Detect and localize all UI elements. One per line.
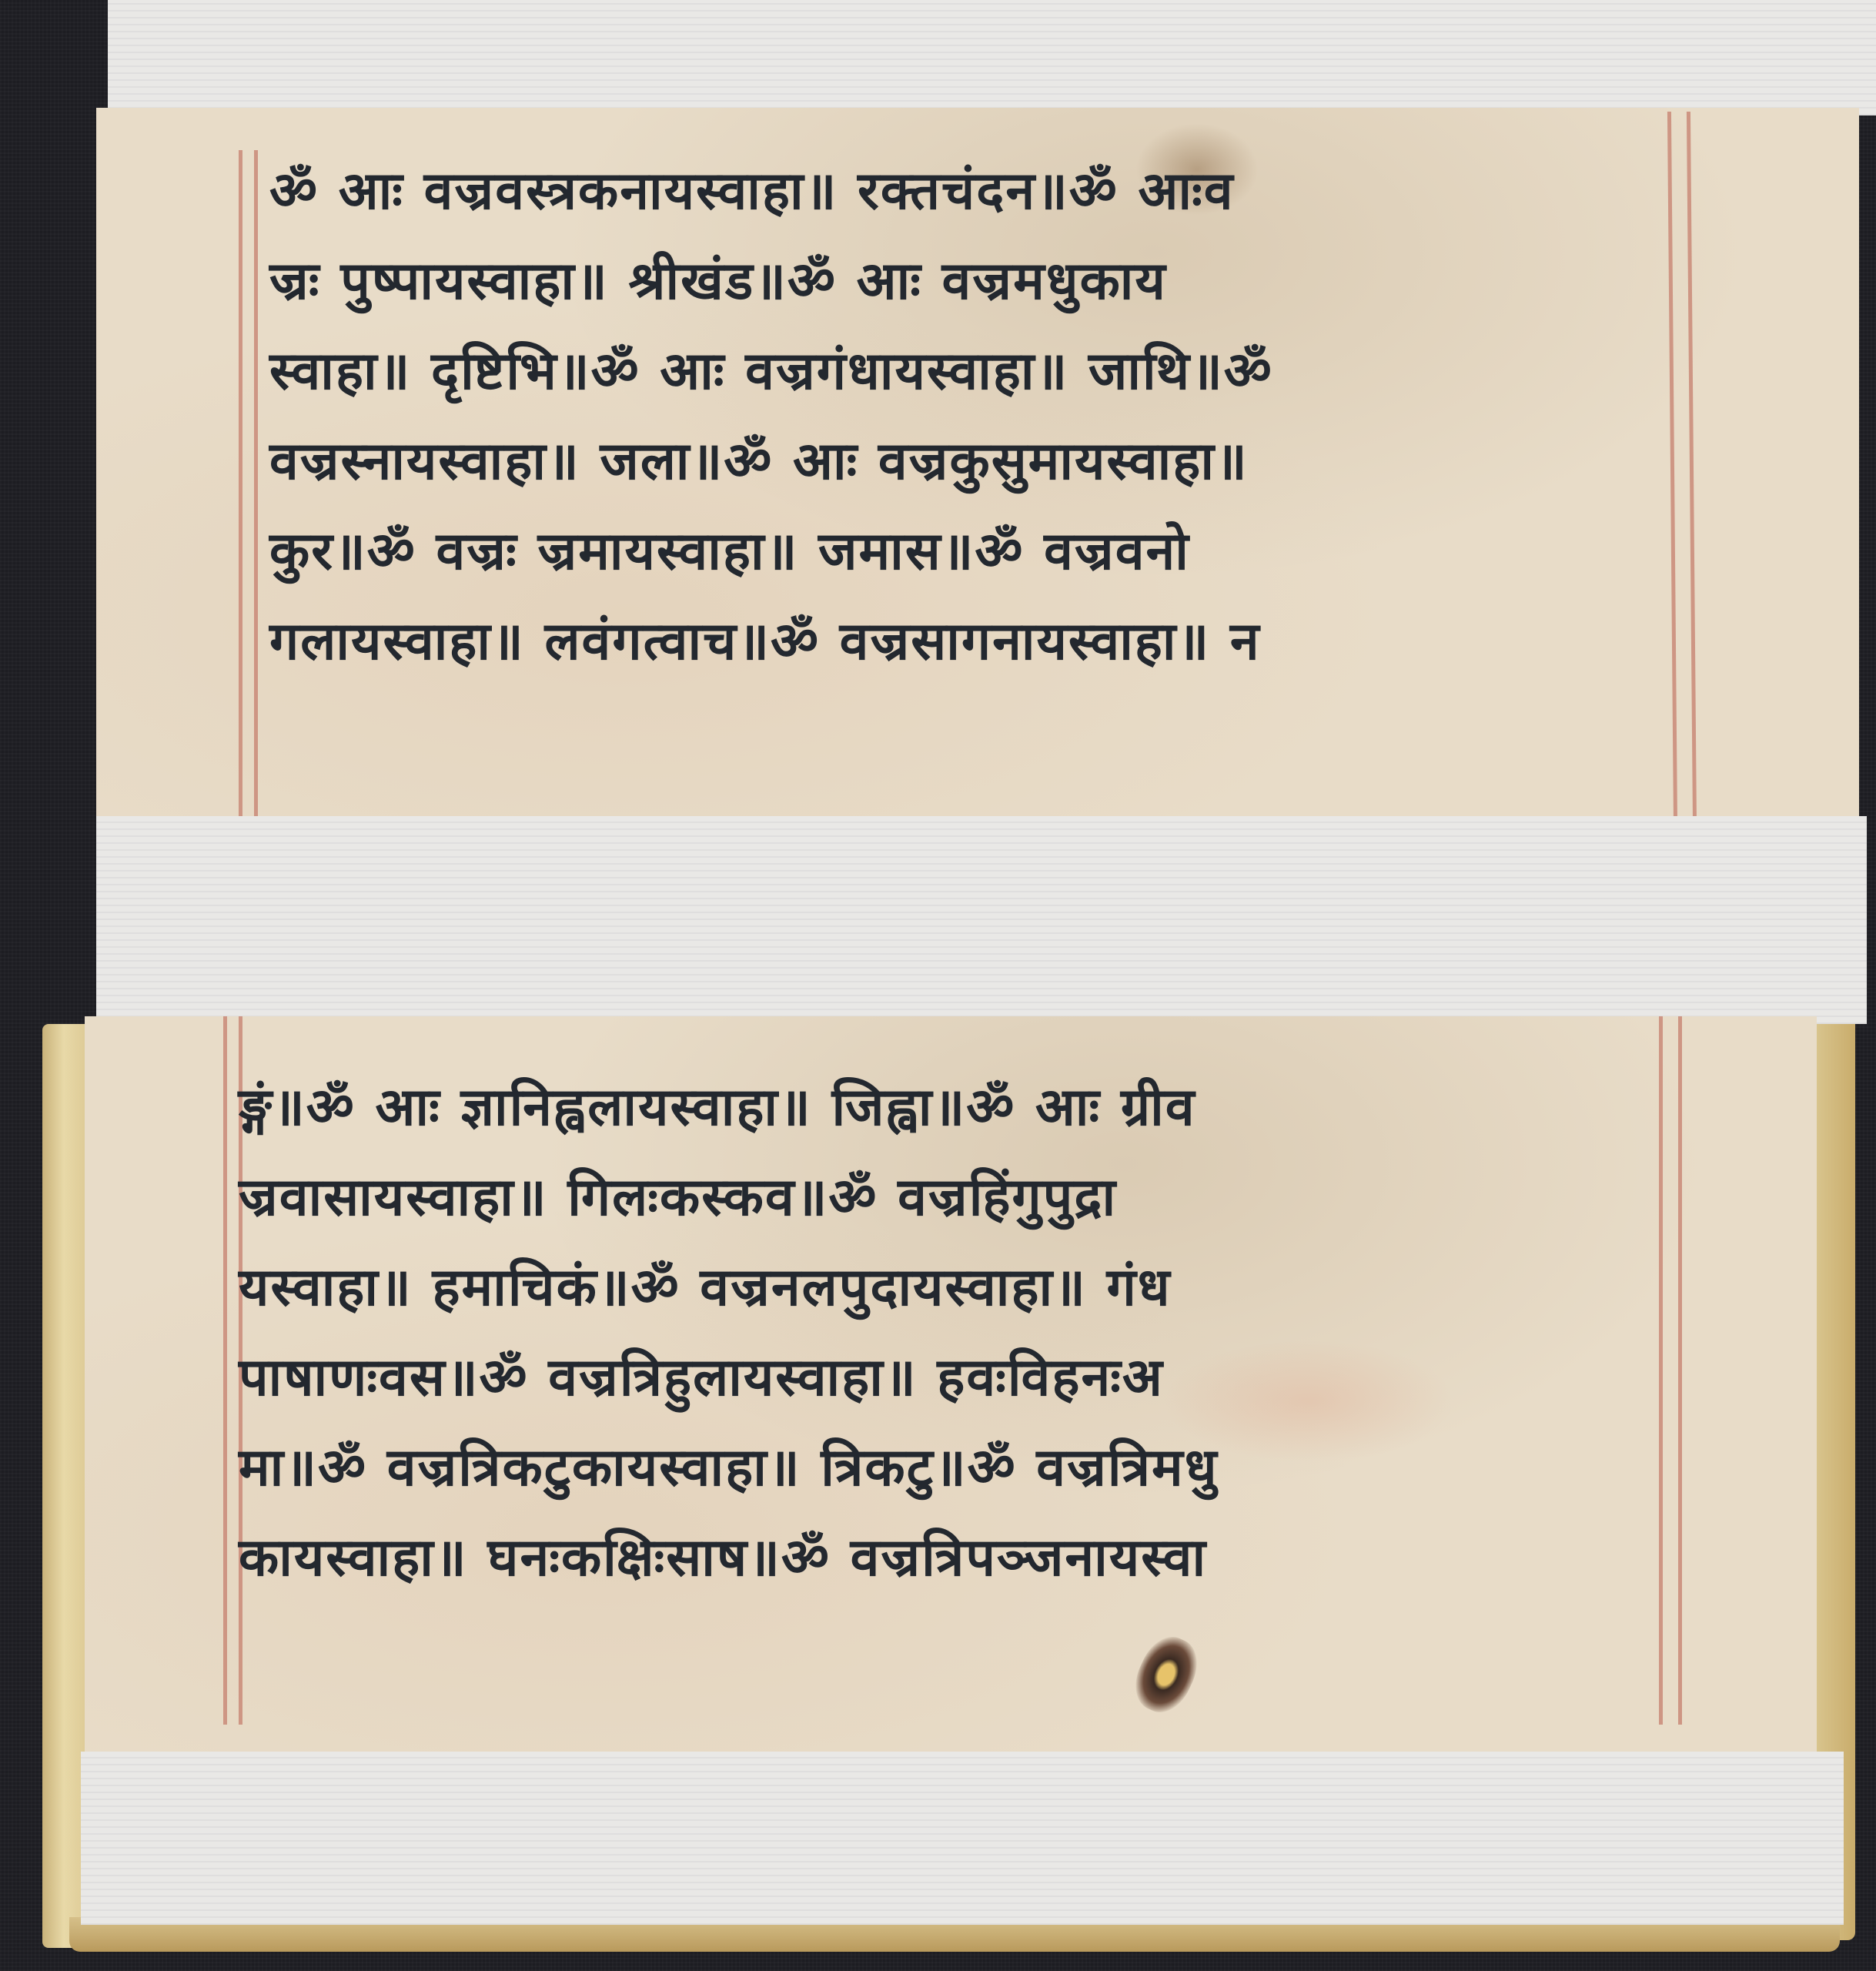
lower-folio: ङ्गं॥ॐ आः ज्ञानिह्वलायस्वाहा॥ जिह्वा॥ॐ आ… bbox=[85, 1016, 1817, 1755]
manuscript-line: कुर॥ॐ वज्रः ज्रमायस्वाहा॥ जमास॥ॐ वज्रवनो bbox=[269, 507, 1273, 597]
right-margin-rule-inner bbox=[1659, 1016, 1663, 1725]
left-margin-rule-inner bbox=[254, 150, 258, 828]
tissue-binding-top bbox=[108, 0, 1876, 115]
lower-folio-text: ङ्गं॥ॐ आः ज्ञानिह्वलायस्वाहा॥ जिह्वा॥ॐ आ… bbox=[239, 1062, 1219, 1603]
manuscript-line: स्वाहा॥ दृष्टिभि॥ॐ आः वज्रगंधायस्वाहा॥ ज… bbox=[269, 326, 1273, 417]
right-margin-rule-outer bbox=[1687, 112, 1697, 828]
left-margin-rule-outer bbox=[223, 1016, 227, 1725]
manuscript-line: ङ्गं॥ॐ आः ज्ञानिह्वलायस्वाहा॥ जिह्वा॥ॐ आ… bbox=[239, 1062, 1219, 1153]
right-margin-rule-outer bbox=[1678, 1016, 1682, 1725]
right-margin-rule-inner bbox=[1667, 112, 1677, 828]
manuscript-line: ज्रवासायस्वाहा॥ गिलःकस्कव॥ॐ वज्रहिंगुपुद… bbox=[239, 1153, 1219, 1243]
manuscript-line: यस्वाहा॥ हमाचिकं॥ॐ वज्रनलपुदायस्वाहा॥ गं… bbox=[239, 1243, 1219, 1333]
manuscript-line: पाषाणःवस॥ॐ वज्रत्रिहुलायस्वाहा॥ हवःविहनः… bbox=[239, 1333, 1219, 1423]
upper-folio-text: ॐ आः वज्रवस्त्रकनायस्वाहा॥ रक्तचंदन॥ॐ आः… bbox=[269, 146, 1273, 687]
manuscript-line: मा॥ॐ वज्रत्रिकटुकायस्वाहा॥ त्रिकटु॥ॐ वज्… bbox=[239, 1423, 1219, 1513]
tissue-binding-middle bbox=[96, 816, 1867, 1024]
tissue-binding-bottom bbox=[81, 1752, 1844, 1925]
manuscript-line: ॐ आः वज्रवस्त्रकनायस्वाहा॥ रक्तचंदन॥ॐ आः… bbox=[269, 146, 1273, 236]
upper-folio: ॐ आः वज्रवस्त्रकनायस्वाहा॥ रक्तचंदन॥ॐ आः… bbox=[96, 108, 1859, 832]
left-margin-rule-outer bbox=[239, 150, 242, 828]
manuscript-line: कायस्वाहा॥ घनःकक्षिःसाष॥ॐ वज्रत्रिपञ्जना… bbox=[239, 1513, 1219, 1603]
manuscript-line: गलायस्वाहा॥ लवंगत्वाच॥ॐ वज्रसागनायस्वाहा… bbox=[269, 597, 1273, 687]
manuscript-line: ज्रः पुष्पायस्वाहा॥ श्रीखंड॥ॐ आः वज्रमधु… bbox=[269, 236, 1273, 326]
manuscript-line: वज्रस्नायस्वाहा॥ जला॥ॐ आः वज्रकुसुमायस्व… bbox=[269, 417, 1273, 507]
